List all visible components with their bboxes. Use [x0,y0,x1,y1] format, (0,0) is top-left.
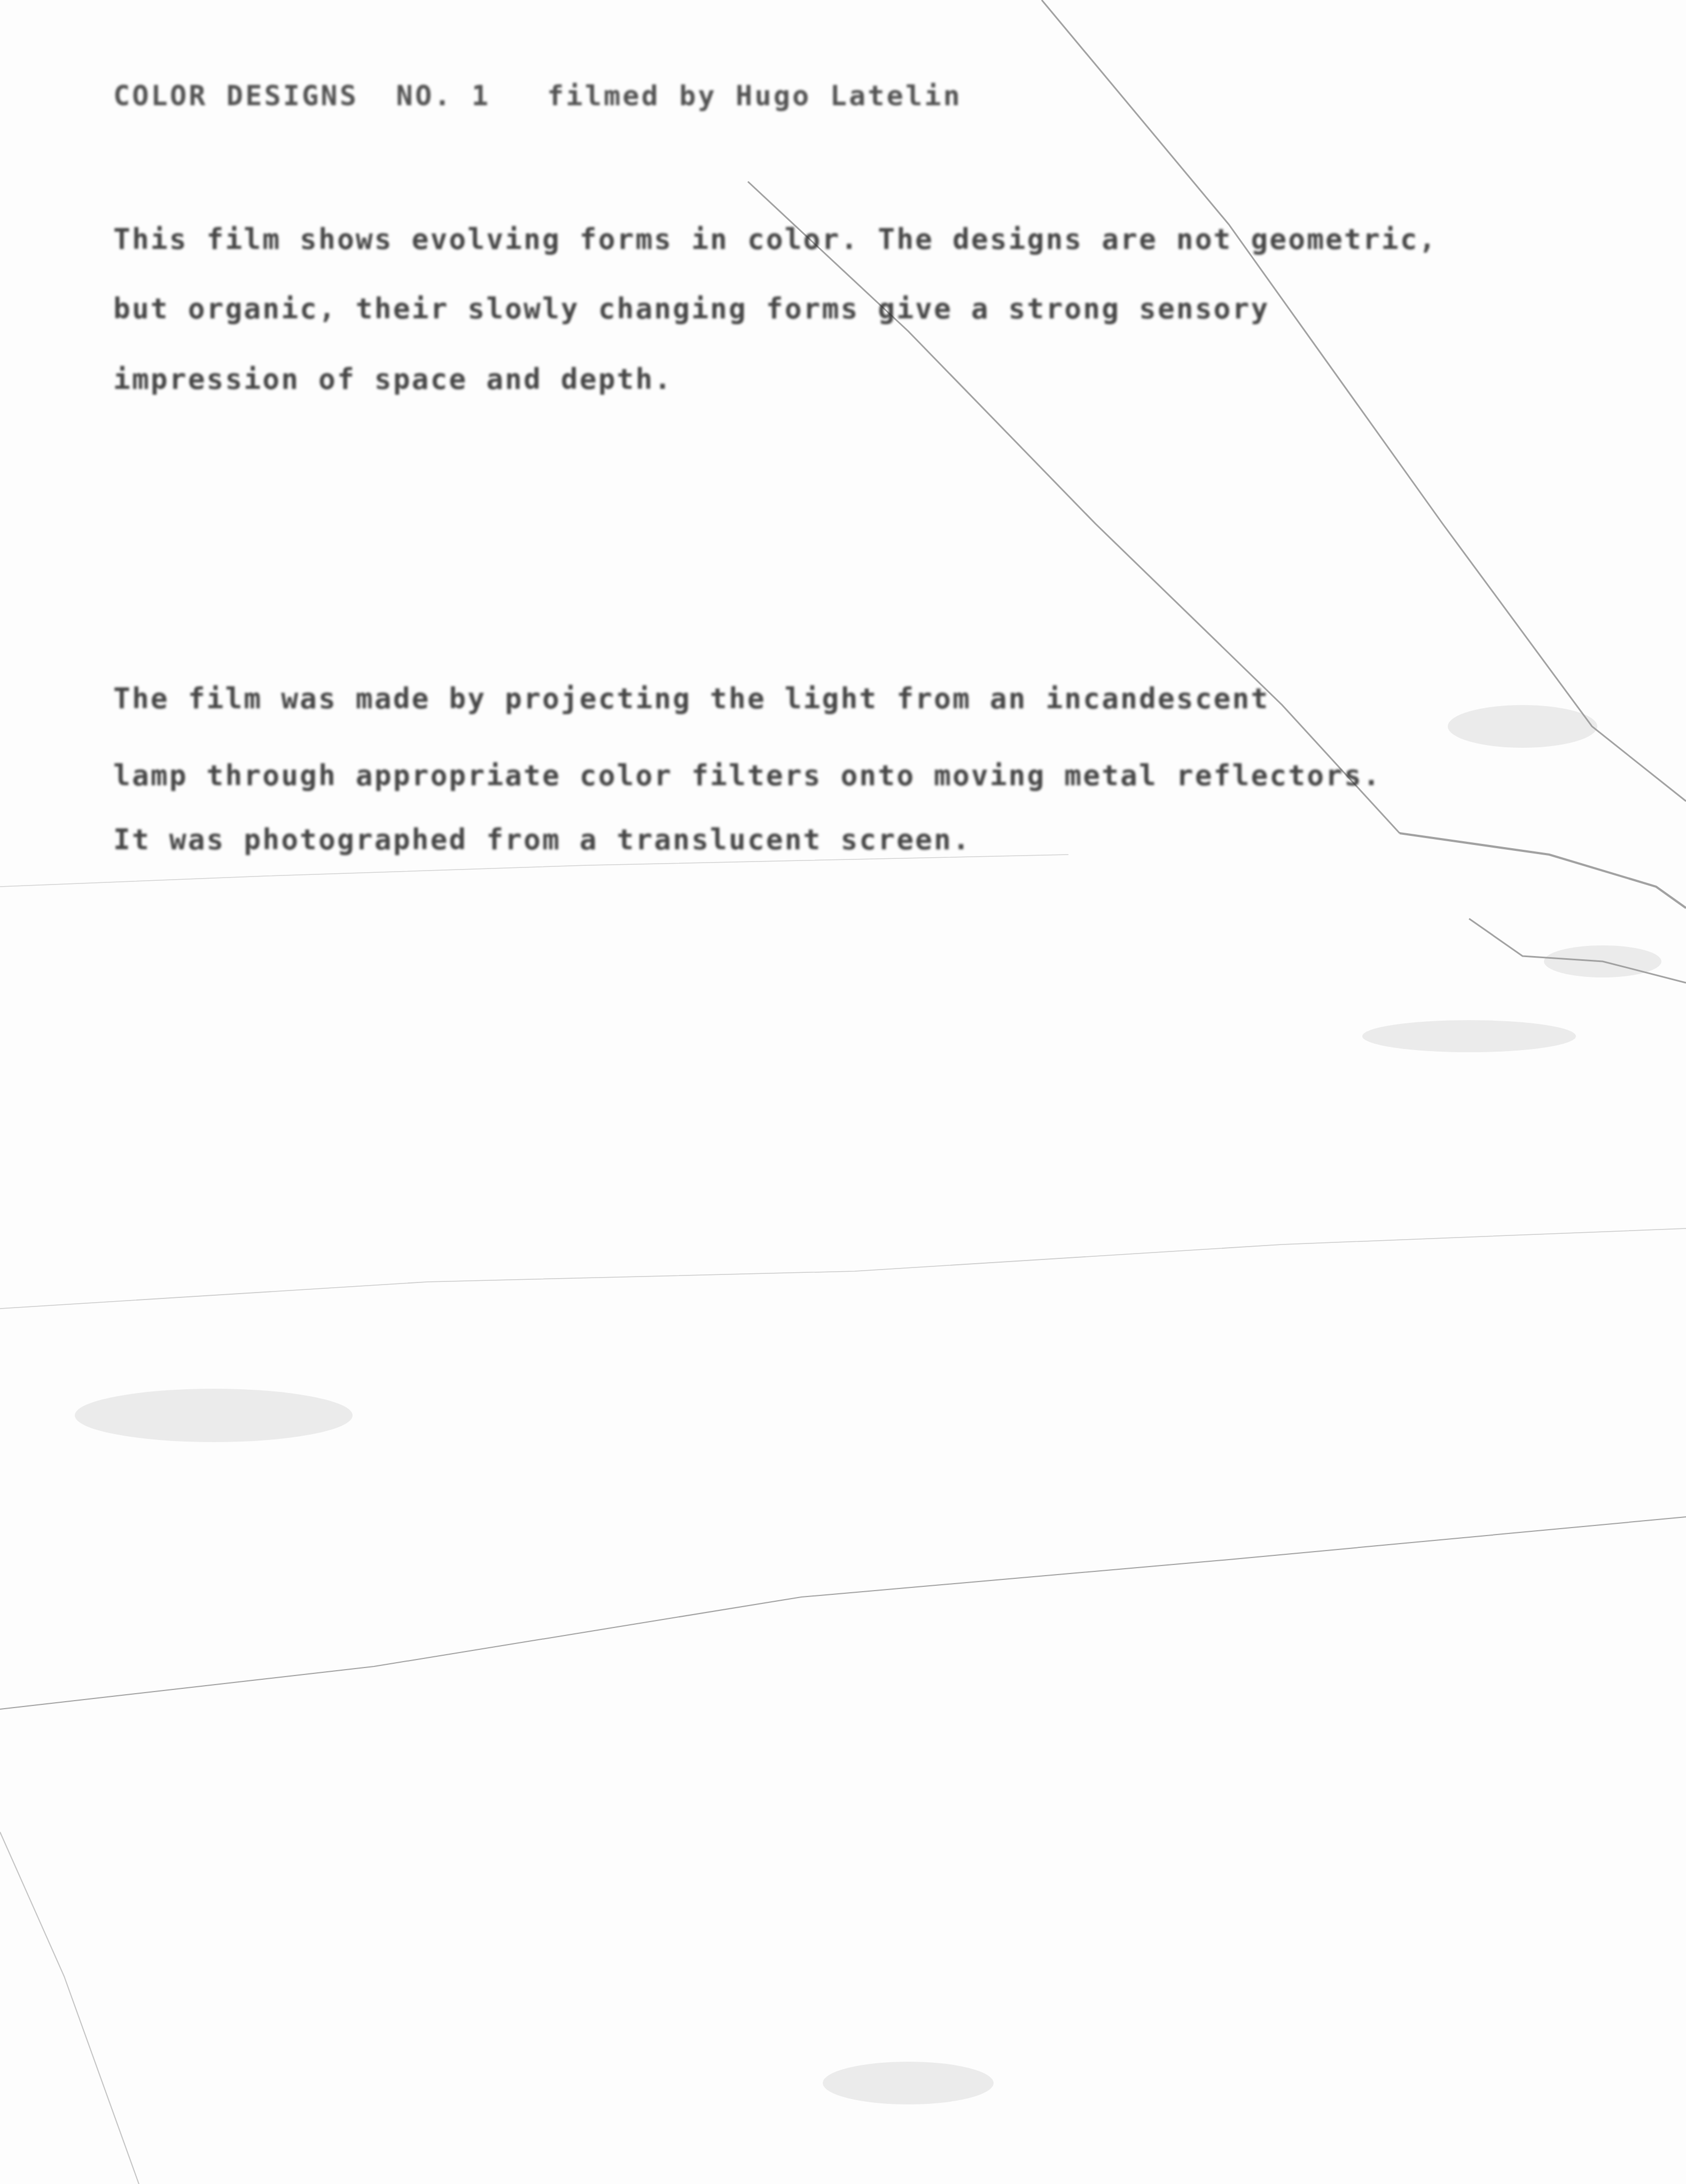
paragraph-film-description: This film shows evolving forms in color.… [113,223,1556,437]
paragraph-production-method: The film was made by projecting the ligh… [113,683,1556,896]
text-line: This film shows evolving forms in color.… [113,223,1438,256]
text-line: lamp through appropriate color filters o… [113,760,1381,792]
text-line: The film was made by projecting the ligh… [113,683,1269,715]
text-line: but organic, their slowly changing forms… [113,293,1269,325]
text-line: It was photographed from a translucent s… [113,824,971,856]
text-line: impression of space and depth. [113,363,673,396]
document-page: COLOR DESIGNS NO. 1 filmed by Hugo Latel… [0,0,1686,2184]
document-heading: COLOR DESIGNS NO. 1 filmed by Hugo Latel… [113,80,962,112]
